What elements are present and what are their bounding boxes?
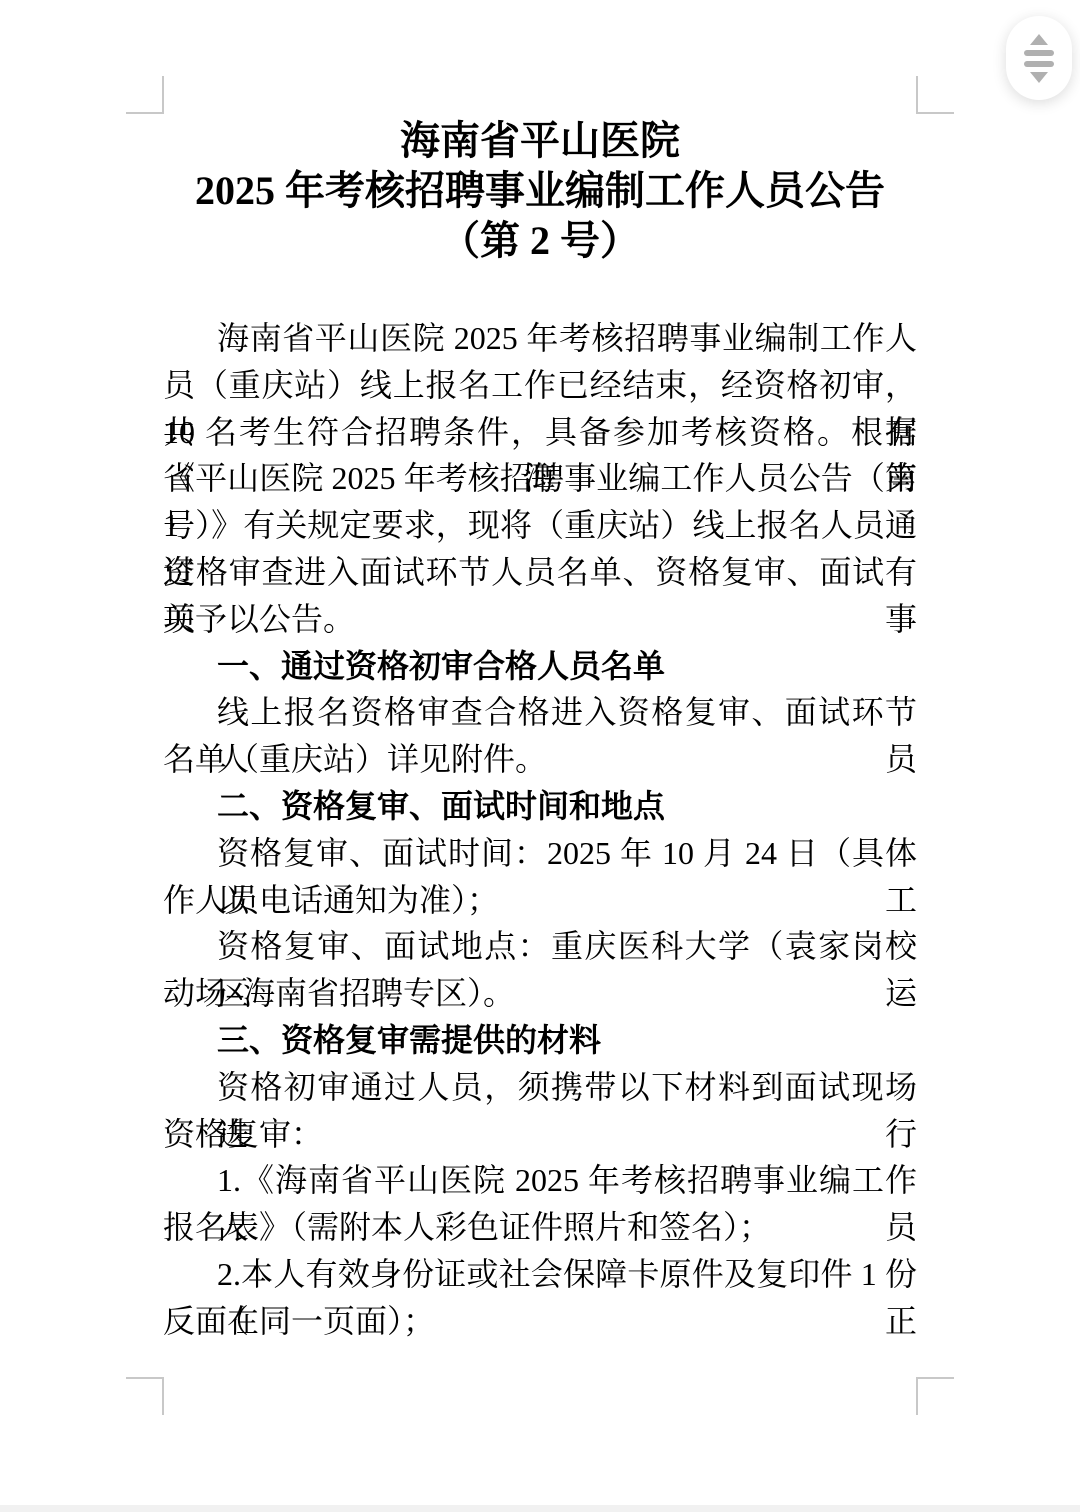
document-body: 海南省平山医院 2025 年考核招聘事业编制工作人员（重庆站）线上报名工作已经结… [163,315,917,1345]
text-line: 资格复审、面试地点：重庆医科大学（袁家岗校区运 [163,923,917,970]
section-heading: 三、资格复审需提供的材料 [163,1017,917,1064]
crop-mark-top-right [916,76,954,114]
section-heading: 二、资格复审、面试时间和地点 [163,783,917,830]
crop-mark-top-left [126,76,164,114]
text-line: 2.本人有效身份证或社会保障卡原件及复印件 1 份（正 [163,1251,917,1298]
scroll-grip-bar [1024,50,1054,56]
scroll-handle[interactable] [1006,16,1072,100]
text-line: 资格审查进入面试环节人员名单、资格复审、面试有关事 [163,549,917,596]
crop-mark-bottom-right [916,1377,954,1415]
text-line: 1.《海南省平山医院 2025 年考核招聘事业编工作人员 [163,1157,917,1204]
text-line: 员（重庆站）线上报名工作已经结束，经资格初审，共有 [163,362,917,409]
scroll-up-icon [1030,34,1048,45]
text-line: 海南省平山医院 2025 年考核招聘事业编制工作人 [163,315,917,362]
document-page: 海南省平山医院 2025 年考核招聘事业编制工作人员公告 （第 2 号） 海南省… [0,0,1080,1512]
document-title: 海南省平山医院 2025 年考核招聘事业编制工作人员公告 （第 2 号） [163,116,917,266]
text-line: 线上报名资格审查合格进入资格复审、面试环节人员 [163,689,917,736]
crop-mark-bottom-left [126,1377,164,1415]
title-line-1: 海南省平山医院 [163,116,917,166]
section-heading: 一、通过资格初审合格人员名单 [163,643,917,690]
scroll-grip-bar [1024,61,1054,67]
text-line: 资格初审通过人员，须携带以下材料到面试现场进行 [163,1064,917,1111]
text-line: 资格复审、面试时间：2025 年 10 月 24 日（具体以工 [163,830,917,877]
text-line: 号）》有关规定要求，现将（重庆站）线上报名人员通过 [163,502,917,549]
text-line: 省平山医院 2025 年考核招聘事业编工作人员公告（第 1 [163,455,917,502]
title-line-2: 2025 年考核招聘事业编制工作人员公告 [163,166,917,216]
scroll-down-icon [1030,72,1048,83]
text-line: 10 名考生符合招聘条件，具备参加考核资格。根据《海南 [163,409,917,456]
title-line-3: （第 2 号） [163,216,917,266]
page-bottom-gap [0,1505,1080,1512]
